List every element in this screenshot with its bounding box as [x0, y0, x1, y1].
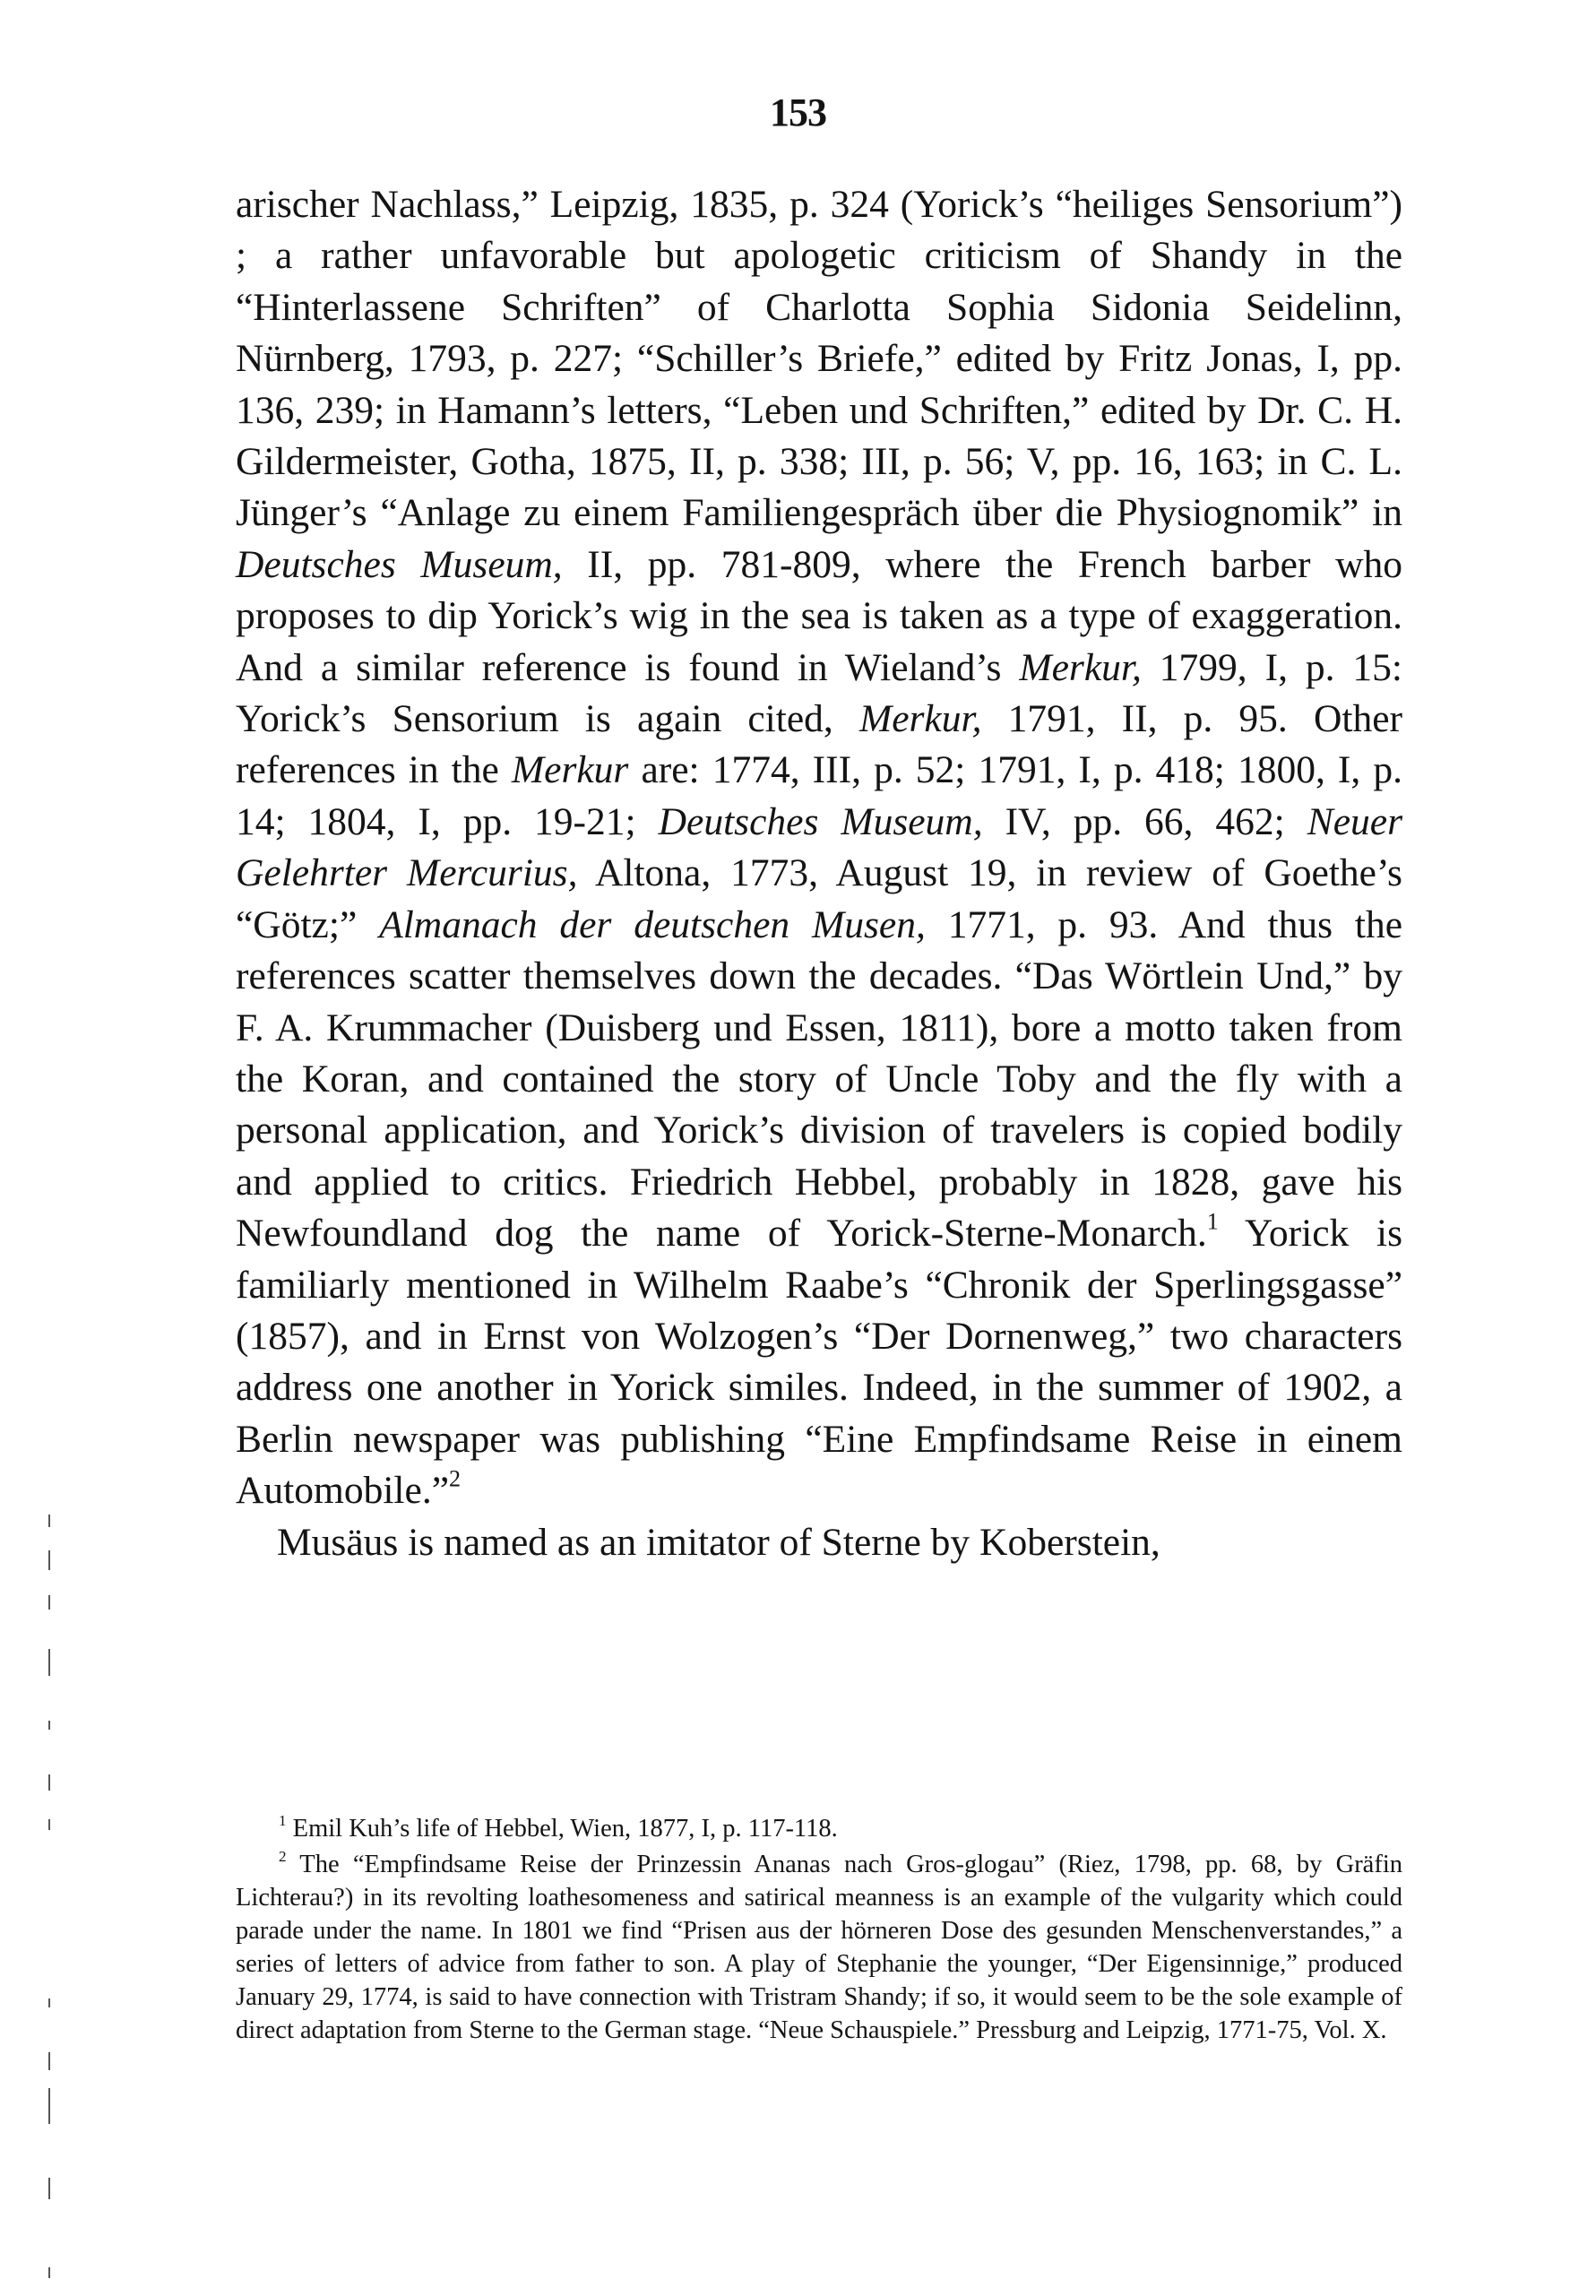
italic-title: Deutsches Museum, — [236, 543, 563, 586]
book-page: 153 arischer Nachlass,” Leipzig, 1835, p… — [0, 0, 1596, 2296]
italic-title: Merkur, — [859, 697, 982, 740]
body-text: arischer Nachlass,” Leipzig, 1835, p. 32… — [236, 179, 1402, 1568]
italic-title: Deutsches Museum, — [659, 800, 983, 843]
body-paragraph: arischer Nachlass,” Leipzig, 1835, p. 32… — [236, 179, 1402, 1517]
footnote-text: The “Empfindsame Reise der Prinzessin An… — [236, 1851, 1402, 2044]
italic-title: Merkur — [512, 748, 628, 791]
footnote-text: Emil Kuh’s life of Hebbel, Wien, 1877, I… — [287, 1815, 838, 1843]
text-run: 1771, p. 93. And thus the references sca… — [236, 903, 1402, 1255]
text-run: Yorick is familiarly mentioned in Wilhel… — [236, 1212, 1402, 1512]
text-run: IV, pp. 66, 462; — [983, 800, 1307, 843]
scan-margin-marks — [47, 1515, 52, 2285]
italic-title: Merkur, — [1019, 646, 1142, 689]
footnote-marker: 2 — [279, 1848, 287, 1865]
page-number: 153 — [0, 90, 1596, 135]
footnotes: 1 Emil Kuh’s life of Hebbel, Wien, 1877,… — [236, 1812, 1402, 2047]
body-paragraph: Musäus is named as an imitator of Sterne… — [236, 1517, 1402, 1568]
footnote-marker: 1 — [279, 1812, 287, 1829]
footnote-ref: 2 — [449, 1466, 461, 1492]
footnote: 1 Emil Kuh’s life of Hebbel, Wien, 1877,… — [236, 1812, 1402, 1845]
italic-title: Almanach der deutschen Musen, — [379, 903, 926, 946]
text-run: arischer Nachlass,” Leipzig, 1835, p. 32… — [236, 183, 1402, 534]
text-run: Musäus is named as an imitator of Sterne… — [277, 1521, 1160, 1564]
footnote-ref: 1 — [1207, 1209, 1219, 1235]
footnote: 2 The “Empfindsame Reise der Prinzessin … — [236, 1848, 1402, 2047]
